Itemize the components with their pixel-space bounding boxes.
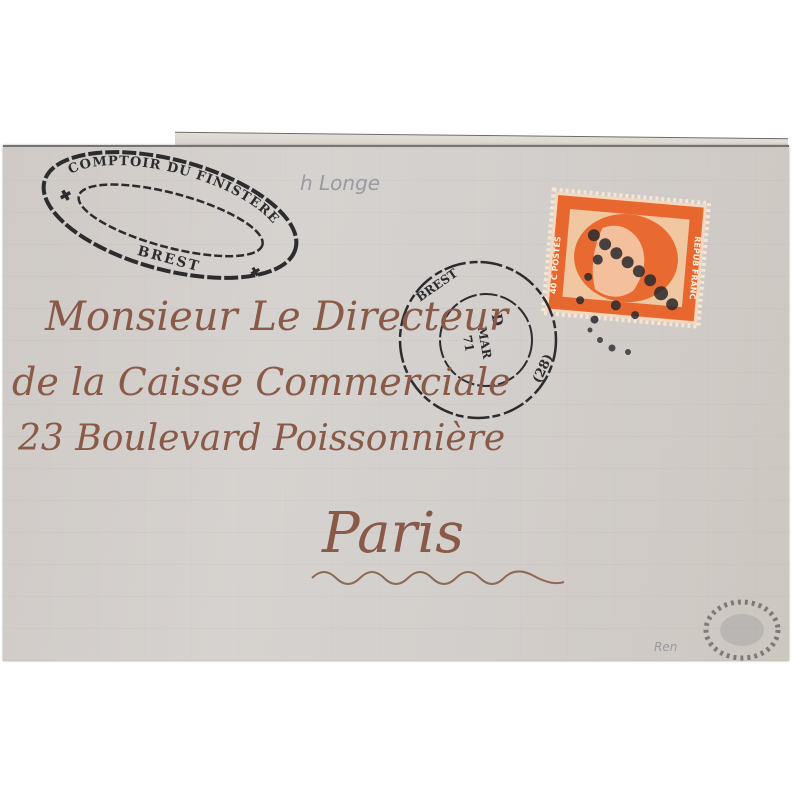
cover-markings: h Longe Ren COMPTOIR DU FINISTÈRE BREST … <box>0 0 800 800</box>
receiving-stamp-smudge <box>706 602 778 658</box>
address-block: Monsieur Le Directeur de la Caisse Comme… <box>12 294 564 584</box>
svg-text:COMPTOIR DU FINISTÈRE: COMPTOIR DU FINISTÈRE <box>63 134 289 233</box>
cachet-ornament-left: ✖ <box>57 187 72 205</box>
address-line-1: Monsieur Le Directeur <box>44 294 511 340</box>
address-city: Paris <box>321 501 464 566</box>
cachet-ornament-right: ✖ <box>249 264 262 280</box>
postmark-department: (28) <box>530 352 556 386</box>
postage-stamp: REPUB FRANC 40 C POSTES <box>542 190 709 333</box>
company-cachet: COMPTOIR DU FINISTÈRE BREST ✖ ✖ <box>30 128 310 302</box>
address-line-3: 23 Boulevard Poissonnière <box>17 418 505 459</box>
cachet-company-name: COMPTOIR DU FINISTÈRE <box>63 134 289 233</box>
pencil-note-top: h Longe <box>300 171 380 195</box>
pencil-note-bottom: Ren <box>654 640 677 654</box>
address-line-2: de la Caisse Commerciale <box>12 360 511 404</box>
lozenge-cancellation-overflow <box>588 328 632 356</box>
city-underline-flourish <box>312 571 564 584</box>
